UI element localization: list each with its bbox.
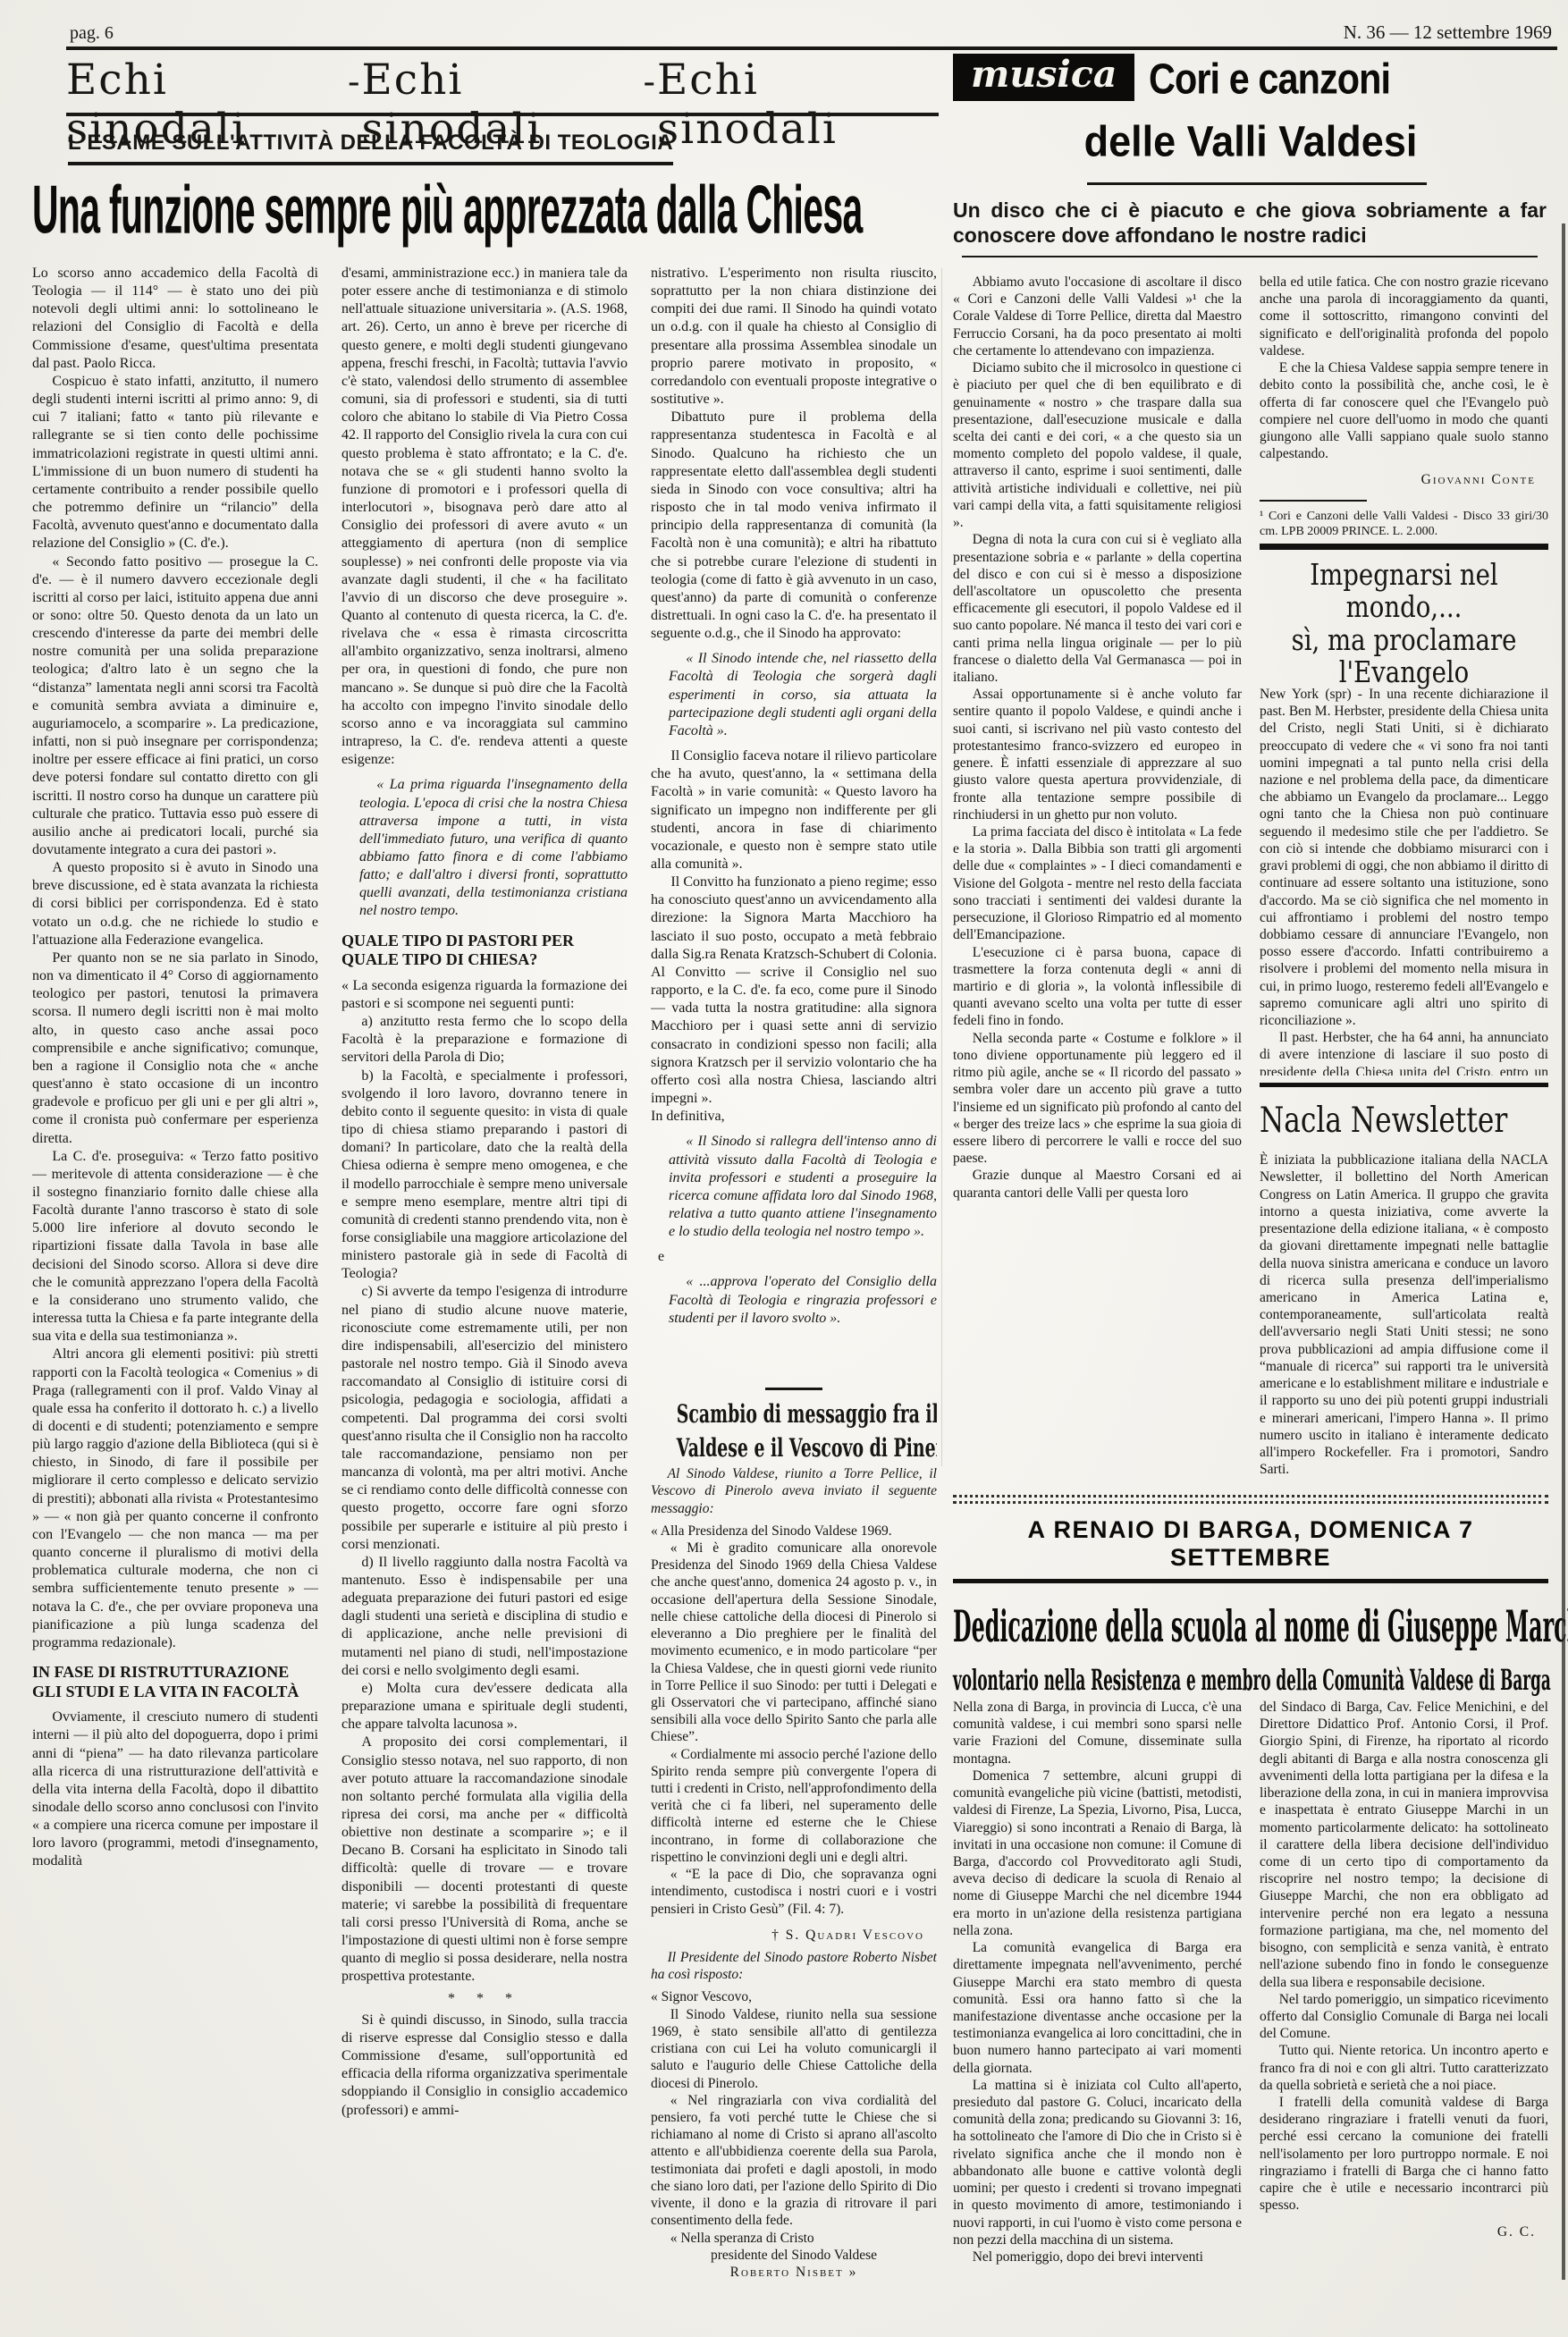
text-block: * * * — [341, 1990, 628, 2008]
text-block: Assai opportunamente si è anche voluto f… — [953, 686, 1242, 823]
text-block: IN FASE DI RISTRUTTURAZIONE GLI STUDI E … — [32, 1663, 318, 1701]
scambio-headline-line2: Valdese e il Vescovo di Pinerolo — [677, 1431, 911, 1465]
nacla-headline: Nacla Newsletter — [1260, 1100, 1490, 1143]
main-article-column-3: nistrativo. L'esperimento non risulta ri… — [651, 265, 937, 2332]
right-zone-columns: Abbiamo avuto l'occasione di ascoltare i… — [953, 274, 1548, 1489]
main-article-column-2: d'esami, amministrazione ecc.) in manier… — [341, 265, 628, 2332]
text-block: Grazie dunque al Maestro Corsani ed ai q… — [953, 1167, 1242, 1201]
renaio-banner: A RENAIO DI BARGA, DOMENICA 7 SETTEMBRE — [953, 1516, 1548, 1572]
main-headline: Una funzione sempre più apprezzata dalla… — [32, 172, 863, 249]
text-block: Si è quindi discusso, in Sinodo, sulla t… — [341, 2012, 628, 2120]
banner-word: Echi sinodali — [657, 55, 939, 154]
renaio-section-header: A RENAIO DI BARGA, DOMENICA 7 SETTEMBRE … — [953, 1495, 1548, 1693]
text-block: QUALE TIPO DI PASTORI PER QUALE TIPO DI … — [341, 932, 628, 970]
impegnarsi-headline-line3: l'Evangelo — [1267, 656, 1541, 688]
record-footnote: ¹ Cori e Canzoni delle Valli Valdesi - D… — [1260, 509, 1548, 538]
text-block: E che la Chiesa Valdese sappia sempre te… — [1260, 359, 1548, 462]
musica-header: musica Cori e canzoni — [953, 54, 1548, 101]
scambio-headline: Scambio di messaggio fra il Sinodo Valde… — [677, 1397, 911, 1465]
dotted-divider — [953, 1495, 1548, 1498]
section-rule — [1260, 544, 1548, 550]
musica-standfirst: Un disco che ci è piacuto e che giova so… — [953, 198, 1547, 248]
musica-headline-line1: Cori e canzoni — [1149, 54, 1390, 104]
text-block: presidente del Sinodo Valdese — [651, 2247, 937, 2264]
renaio-headline-line1: Dedicazione della scuola al nome di Gius… — [953, 1601, 1298, 1652]
text-block: Tutto qui. Niente retorica. Un incontro … — [1260, 2042, 1548, 2094]
text-block: Il Consiglio faceva notare il rilievo pa… — [651, 747, 937, 873]
text-block: « Il Sinodo si rallegra dell'intenso ann… — [669, 1133, 937, 1241]
text-block: G. C. — [1260, 2223, 1548, 2240]
text-block: del Sindaco di Barga, Cav. Felice Menich… — [1260, 1699, 1548, 1991]
article-kicker: L'ESAME SULL'ATTIVITÀ DELLA FACOLTÀ DI T… — [68, 131, 673, 165]
text-block: È iniziata la pubblicazione italiana del… — [1260, 1152, 1548, 1478]
text-block: Al Sinodo Valdese, riunito a Torre Pelli… — [651, 1465, 937, 1517]
impegnarsi-headline-line2: sì, ma proclamare — [1267, 624, 1541, 656]
text-block: Il Sinodo Valdese, riunito nella sua ses… — [651, 2006, 937, 2092]
text-block: Il Convitto ha funzionato a pieno regime… — [651, 873, 937, 1108]
scambio-headline-line1: Scambio di messaggio fra il Sinodo — [677, 1397, 911, 1431]
text-block: Giovanni Conte — [1260, 471, 1548, 488]
text-block: Il Presidente del Sinodo pastore Roberto… — [651, 1949, 937, 1983]
section-dash — [765, 1388, 822, 1390]
text-block: Il past. Herbster, che ha 64 anni, ha an… — [1260, 1029, 1548, 1076]
musica-body-column-1: Abbiamo avuto l'occasione di ascoltare i… — [953, 274, 1242, 1489]
text-block: e — [658, 1248, 937, 1266]
text-block: La C. d'e. proseguiva: « Terzo fatto pos… — [32, 1148, 318, 1346]
text-block: « Nella speranza di Cristo — [651, 2230, 937, 2247]
text-block: Abbiamo avuto l'occasione di ascoltare i… — [953, 274, 1242, 359]
text-block: « La seconda esigenza riguarda la formaz… — [341, 977, 628, 1013]
main-article-column-3-text: nistrativo. L'esperimento non risulta ri… — [651, 265, 937, 1375]
renaio-column-1: Nella zona di Barga, in provincia di Luc… — [953, 1699, 1242, 2330]
renaio-article-columns: Nella zona di Barga, in provincia di Luc… — [953, 1699, 1548, 2330]
main-article-column-1: Lo scorso anno accademico della Facoltà … — [32, 265, 318, 2332]
musica-body-end: bella ed utile fatica. Che con nostro gr… — [1260, 274, 1548, 489]
text-block: New York (spr) - In una recente dichiara… — [1260, 686, 1548, 1029]
text-block: « Nel ringraziarla con viva cordialità d… — [651, 2092, 937, 2230]
text-block: Per quanto non se ne sia parlato in Sino… — [32, 949, 318, 1148]
dotted-divider — [953, 1501, 1548, 1504]
impegnarsi-headline-line1: Impegnarsi nel mondo,... — [1267, 559, 1541, 624]
main-article-columns: Lo scorso anno accademico della Facoltà … — [32, 265, 939, 2332]
banner-separator: - — [348, 62, 362, 103]
text-block: I fratelli della comunità valdese di Bar… — [1260, 2094, 1548, 2215]
renaio-headline-line2: volontario nella Resistenza e membro del… — [953, 1664, 1311, 1697]
issue-date: N. 36 — 12 settembre 1969 — [1344, 21, 1552, 44]
text-block: Nel tardo pomeriggio, un simpatico ricev… — [1260, 1991, 1548, 2043]
text-block: Cospicuo è stato infatti, anzitutto, il … — [32, 373, 318, 553]
text-block: b) la Facoltà, e specialmente i professo… — [341, 1067, 628, 1284]
text-block: In definitiva, — [651, 1108, 937, 1126]
text-block: Nella seconda parte « Costume e folklore… — [953, 1030, 1242, 1168]
text-block: d) Il livello raggiunto dalla nostra Fac… — [341, 1554, 628, 1680]
text-block: A proposito dei corsi complementari, il … — [341, 1734, 628, 1986]
section-rule — [1260, 1083, 1548, 1087]
text-block: Roberto Nisbet » — [651, 2264, 937, 2281]
musica-body-column-2: bella ed utile fatica. Che con nostro gr… — [1260, 274, 1548, 538]
page-number: pag. 6 — [70, 23, 114, 44]
nacla-body: È iniziata la pubblicazione italiana del… — [1260, 1152, 1548, 1489]
text-block: Diciamo subito che il microsolco in ques… — [953, 359, 1242, 531]
impegnarsi-headline: Impegnarsi nel mondo,... sì, ma proclama… — [1267, 559, 1541, 688]
musica-standfirst-rule — [962, 256, 1538, 257]
renaio-banner-rule — [953, 1579, 1548, 1583]
text-block: nistrativo. L'esperimento non risulta ri… — [651, 265, 937, 409]
right-column-stack: bella ed utile fatica. Che con nostro gr… — [1260, 274, 1548, 1489]
text-block: † S. Quadri Vescovo — [651, 1927, 937, 1944]
text-block: Altri ancora gli elementi positivi: più … — [32, 1346, 318, 1652]
text-block: La comunità evangelica di Barga era dire… — [953, 1939, 1242, 2077]
scan-edge-line — [1562, 224, 1565, 2280]
text-block: « La prima riguarda l'insegnamento della… — [359, 776, 628, 920]
newspaper-page: pag. 6 N. 36 — 12 settembre 1969 Echi si… — [0, 0, 1568, 2337]
text-block: e) Molta cura dev'essere dedicata alla p… — [341, 1680, 628, 1734]
renaio-column-2: del Sindaco di Barga, Cav. Felice Menich… — [1260, 1699, 1548, 2330]
musica-badge: musica — [953, 54, 1134, 101]
text-block: « Signor Vescovo, — [651, 1988, 937, 2005]
text-block: La prima facciata del disco è intitolata… — [953, 823, 1242, 944]
text-block: d'esami, amministrazione ecc.) in manier… — [341, 265, 628, 769]
text-block: « Alla Presidenza del Sinodo Valdese 196… — [651, 1523, 937, 1540]
column-separator-line — [941, 268, 942, 1466]
banner-separator: - — [643, 62, 657, 103]
text-block: « ...approva l'operato del Consiglio del… — [669, 1273, 937, 1327]
header-rule — [66, 46, 1557, 50]
text-block: Ovviamente, il cresciuto numero di stude… — [32, 1708, 318, 1870]
impegnarsi-body: New York (spr) - In una recente dichiara… — [1260, 686, 1548, 1076]
text-block: « Mi è gradito comunicare alla onorevole… — [651, 1540, 937, 1746]
musica-headline-line2: delle Valli Valdesi — [953, 116, 1548, 166]
text-block: « “E la pace di Dio, che sopravanza ogni… — [651, 1866, 937, 1918]
text-block: c) Si avverte da tempo l'esigenza di int… — [341, 1283, 628, 1553]
text-block: « Cordialmente mi associo perché l'azion… — [651, 1746, 937, 1867]
text-block: Domenica 7 settembre, alcuni gruppi di c… — [953, 1768, 1242, 1939]
text-block: bella ed utile fatica. Che con nostro gr… — [1260, 274, 1548, 359]
text-block: a) anzitutto resta fermo che lo scopo de… — [341, 1013, 628, 1067]
musica-headline-rule — [1087, 182, 1427, 185]
text-block: La mattina si è iniziata col Culto all'a… — [953, 2077, 1242, 2248]
text-block: Degna di nota la cura con cui si è vegli… — [953, 531, 1242, 686]
footnote-rule — [1260, 500, 1367, 502]
text-block: « Secondo fatto positivo — prosegue la C… — [32, 553, 318, 860]
text-block: A questo proposito si è avuto in Sinodo … — [32, 859, 318, 949]
text-block: « Il Sinodo intende che, nel riassetto d… — [669, 650, 937, 740]
text-block: Nella zona di Barga, in provincia di Luc… — [953, 1699, 1242, 1768]
text-block: Dibattuto pure il problema della rappres… — [651, 409, 937, 643]
text-block: Nel pomeriggio, dopo dei brevi intervent… — [953, 2248, 1242, 2265]
scambio-body: Al Sinodo Valdese, riunito a Torre Pelli… — [651, 1465, 937, 2281]
text-block: L'esecuzione ci è parsa buona, capace di… — [953, 944, 1242, 1030]
text-block: Lo scorso anno accademico della Facoltà … — [32, 265, 318, 373]
scambio-article: Scambio di messaggio fra il Sinodo Valde… — [651, 1375, 937, 2332]
banner-rule — [66, 113, 939, 116]
